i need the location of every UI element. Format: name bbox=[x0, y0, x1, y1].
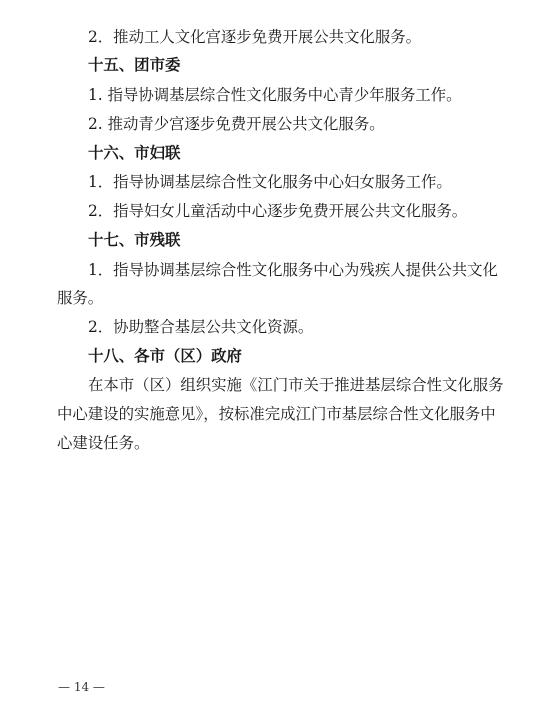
page-number: — 14 — bbox=[58, 678, 105, 696]
list-item-integrate-resources: 2．协助整合基层公共文化资源。 bbox=[88, 317, 489, 337]
paragraph-line-1: 在本市（区）组织实施《江门市关于推进基层综合性文化服务 bbox=[88, 375, 489, 395]
list-item-women-children-center: 2．指导妇女儿童活动中心逐步免费开展公共文化服务。 bbox=[88, 201, 489, 221]
section-heading-16: 十六、市妇联 bbox=[88, 143, 489, 163]
paragraph-line-2: 中心建设的实施意见》，按标准完成江门市基层综合性文化服务中 bbox=[57, 404, 489, 424]
list-item-women-service: 1．指导协调基层综合性文化服务中心妇女服务工作。 bbox=[88, 172, 489, 192]
list-item-youth-service: 1. 指导协调基层综合性文化服务中心青少年服务工作。 bbox=[88, 85, 489, 105]
list-item-youth-palace: 2. 推动青少宫逐步免费开展公共文化服务。 bbox=[88, 114, 489, 134]
document-page: 2．推动工人文化宫逐步免费开展公共文化服务。 十五、团市委 1. 指导协调基层综… bbox=[0, 0, 544, 724]
section-heading-17: 十七、市残联 bbox=[88, 230, 489, 250]
paragraph-line-3: 心建设任务。 bbox=[57, 433, 489, 453]
list-item-disabled-service: 1．指导协调基层综合性文化服务中心为残疾人提供公共文化 bbox=[88, 260, 489, 280]
list-item-workers-palace: 2．推动工人文化宫逐步免费开展公共文化服务。 bbox=[88, 27, 489, 47]
section-heading-15: 十五、团市委 bbox=[88, 55, 489, 75]
section-heading-18: 十八、各市（区）政府 bbox=[88, 346, 489, 366]
list-item-disabled-service-continued: 服务。 bbox=[57, 288, 489, 308]
